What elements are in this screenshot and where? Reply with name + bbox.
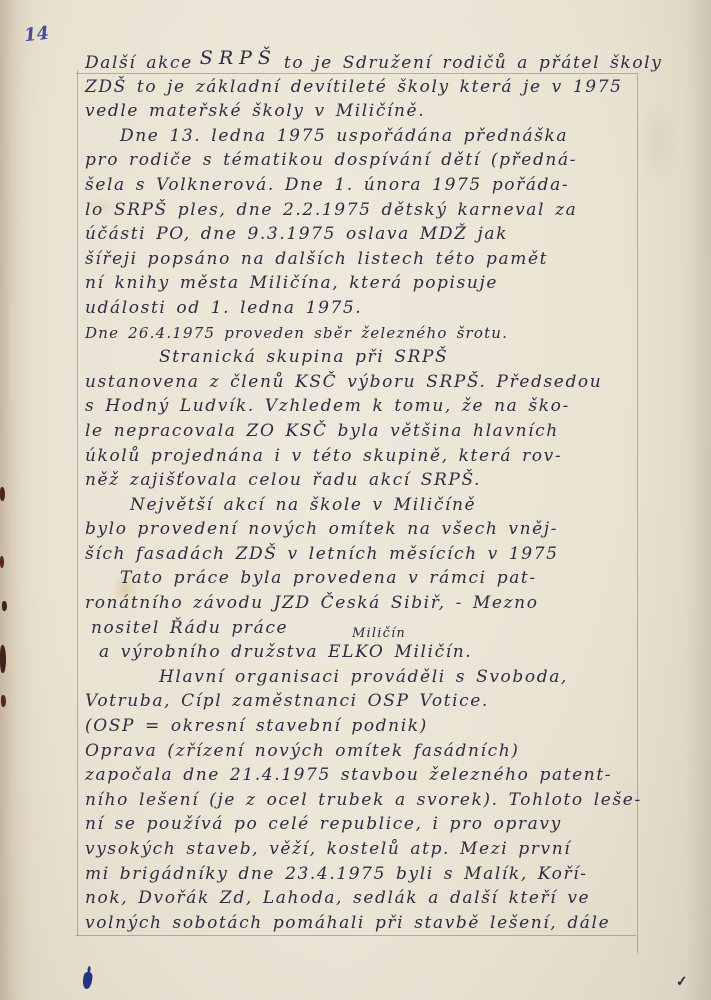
page-number: 14 <box>23 23 50 47</box>
manuscript-line: ZDŠ to je základní devítileté školy kter… <box>85 75 641 100</box>
manuscript-line: ustanovena z členů KSČ výboru SRPŠ. Před… <box>85 370 641 395</box>
line-text: to je Sdružení rodičů a přátel školy <box>284 53 663 73</box>
line-text: Další akce <box>85 53 193 73</box>
ink-blot <box>82 971 93 989</box>
margin-rule-left <box>77 70 78 936</box>
manuscript-line: něž zajišťovala celou řadu akcí SRPŠ. <box>85 468 641 493</box>
paper-stain <box>636 96 680 186</box>
manuscript-line: Největší akcí na škole v Miličíně <box>85 493 641 518</box>
manuscript-line: (OSP = okresní stavební podnik) <box>85 714 641 739</box>
ink-speck <box>0 487 5 501</box>
manuscript-line: pro rodiče s tématikou dospívání dětí (p… <box>85 148 641 173</box>
ink-speck <box>2 601 7 611</box>
manuscript-line: úkolů projednána i v této skupině, která… <box>85 444 641 469</box>
manuscript-line: Tato práce byla provedena v rámci pat- <box>85 566 641 591</box>
ink-speck <box>1 695 6 707</box>
binding-shadow <box>0 0 34 1000</box>
ink-speck <box>0 556 4 568</box>
manuscript-line: lo SRPŠ ples, dne 2.2.1975 dětský karnev… <box>85 198 641 223</box>
manuscript-line: s Hodný Ludvík. Vzhledem k tomu, že na š… <box>85 394 641 419</box>
manuscript-line: ronátního závodu JZD Česká Sibiř, - Mezn… <box>85 591 641 616</box>
manuscript-line: započala dne 21.4.1975 stavbou železného… <box>85 763 641 788</box>
inserted-word-milicin: Miličín <box>352 626 406 641</box>
manuscript-line: šířeji popsáno na dalších listech této p… <box>85 247 641 272</box>
manuscript-line: Stranická skupina při SRPŠ <box>85 345 641 370</box>
manuscript-line: šela s Volknerová. Dne 1. února 1975 poř… <box>85 173 641 198</box>
manuscript-line: Dne 26.4.1975 proveden sběr železného šr… <box>85 321 641 346</box>
manuscript-line: účásti PO, dne 9.3.1975 oslava MDŽ jak <box>85 222 641 247</box>
ink-speck <box>0 645 6 673</box>
manuscript-line: Votruba, Cípl zaměstnanci OSP Votice. <box>85 689 641 714</box>
manuscript-line: Oprava (zřízení nových omítek fasádních) <box>85 739 641 764</box>
manuscript-line: ní knihy města Miličína, která popisuje <box>85 271 641 296</box>
manuscript-line: bylo provedení nových omítek na všech vn… <box>85 517 641 542</box>
manuscript-line: ní se používá po celé republice, i pro o… <box>85 812 641 837</box>
manuscript-line: ších fasadách ZDŠ v letních měsících v 1… <box>85 542 641 567</box>
manuscript-line: mi brigádníky dne 23.4.1975 byli s Malík… <box>85 862 641 887</box>
manuscript-line: ního lešení (je z ocel trubek a svorek).… <box>85 788 641 813</box>
manuscript-line: vysokých staveb, věží, kostelů atp. Mezi… <box>85 837 641 862</box>
scanned-page: 14 Další akceSRPŠto je Sdružení rodičů a… <box>0 0 711 1000</box>
manuscript-line: Hlavní organisaci prováděli s Svoboda, <box>85 665 641 690</box>
manuscript-line: Další akceSRPŠto je Sdružení rodičů a př… <box>85 50 641 75</box>
page-edge-shadow <box>685 0 711 1000</box>
check-mark: ✓ <box>675 974 688 991</box>
abbreviation-srps: SRPŠ <box>200 46 277 71</box>
manuscript-text: Další akceSRPŠto je Sdružení rodičů a př… <box>85 50 641 935</box>
manuscript-line: a výrobního družstva ELKO Miličín. <box>85 640 641 665</box>
manuscript-line: volných sobotách pomáhali při stavbě leš… <box>85 911 641 936</box>
manuscript-line: události od 1. ledna 1975. <box>85 296 641 321</box>
manuscript-line: nok, Dvořák Zd, Lahoda, sedlák a další k… <box>85 886 641 911</box>
manuscript-line: le nepracovala ZO KSČ byla většina hlavn… <box>85 419 641 444</box>
manuscript-line: vedle mateřské školy v Miličíně. <box>85 99 641 124</box>
manuscript-line: Dne 13. ledna 1975 uspořádána přednáška <box>85 124 641 149</box>
